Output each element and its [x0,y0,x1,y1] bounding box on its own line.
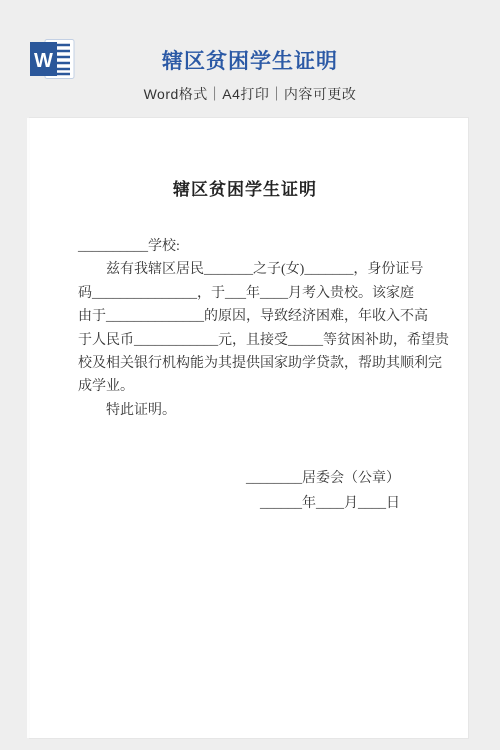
document-line: 码_______________，于___年____月考入贵校。该家庭 [78,282,412,305]
document-line: 由于______________的原因，导致经济困难，年收入不高 [78,305,412,328]
signature-block: ________居委会（公章） ______年____月____日 [78,466,412,516]
page: W 辖区贫困学生证明 Word格式｜A4打印｜内容可更改 辖区贫困学生证明 __… [0,0,500,750]
document-line: 于人民币____________元，且接受_____等贫困补助，希望贵 [78,329,412,352]
closing-line: 特此证明。 [78,399,412,422]
document-line: 校及相关银行机构能为其提供国家助学贷款，帮助其顺利完 [78,352,412,375]
svg-text:W: W [34,50,53,72]
page-subtitle: Word格式｜A4打印｜内容可更改 [0,84,500,104]
signature-date-line: ______年____月____日 [78,491,400,516]
signature-org-line: ________居委会（公章） [78,466,400,491]
document-body: 兹有我辖区居民_______之子(女)_______，身份证号码________… [78,258,412,398]
word-icon: W [30,38,76,80]
document-title: 辖区贫困学生证明 [78,178,412,202]
document-page: 辖区贫困学生证明 __________学校: 兹有我辖区居民_______之子(… [30,118,468,738]
document-line: 兹有我辖区居民_______之子(女)_______，身份证号 [78,258,412,281]
document-line: 成学业。 [78,375,412,398]
salutation-line: __________学校: [78,235,412,258]
header: W 辖区贫困学生证明 Word格式｜A4打印｜内容可更改 [0,0,500,118]
